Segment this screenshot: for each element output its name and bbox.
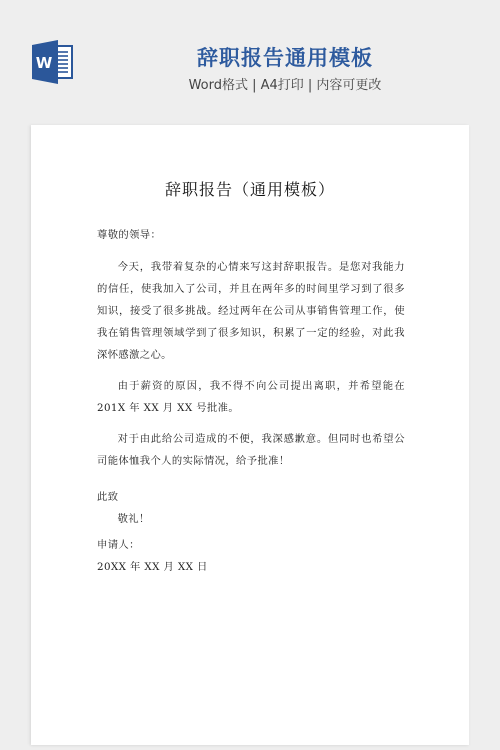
- document-body: 尊敬的领导： 今天，我带着复杂的心情来写这封辞职报告。是您对我能力的信任，使我加…: [97, 224, 405, 578]
- header: W 辞职报告通用模板 Word格式 | A4打印 | 内容可更改: [0, 0, 500, 120]
- title-block: 辞职报告通用模板 Word格式 | A4打印 | 内容可更改: [160, 44, 410, 96]
- paragraph: 今天，我带着复杂的心情来写这封辞职报告。是您对我能力的信任，使我加入了公司，并且…: [97, 256, 405, 366]
- closing-line: 此致: [97, 486, 405, 508]
- salutation: 敬礼！: [97, 508, 405, 530]
- page-subtitle: Word格式 | A4打印 | 内容可更改: [160, 76, 410, 96]
- document-page: 辞职报告（通用模板） 尊敬的领导： 今天，我带着复杂的心情来写这封辞职报告。是您…: [31, 125, 469, 745]
- svg-text:W: W: [36, 54, 53, 72]
- applicant-label: 申请人：: [97, 534, 405, 556]
- paragraph: 对于由此给公司造成的不便，我深感歉意。但同时也希望公司能体恤我个人的实际情况，给…: [97, 428, 405, 472]
- page-title: 辞职报告通用模板: [160, 44, 410, 72]
- document-title: 辞职报告（通用模板）: [31, 177, 469, 200]
- greeting: 尊敬的领导：: [97, 224, 405, 246]
- date-line: 20XX 年 XX 月 XX 日: [97, 556, 405, 578]
- paragraph: 由于薪资的原因，我不得不向公司提出离职，并希望能在 201X 年 XX 月 XX…: [97, 375, 405, 419]
- word-icon: W: [32, 40, 76, 84]
